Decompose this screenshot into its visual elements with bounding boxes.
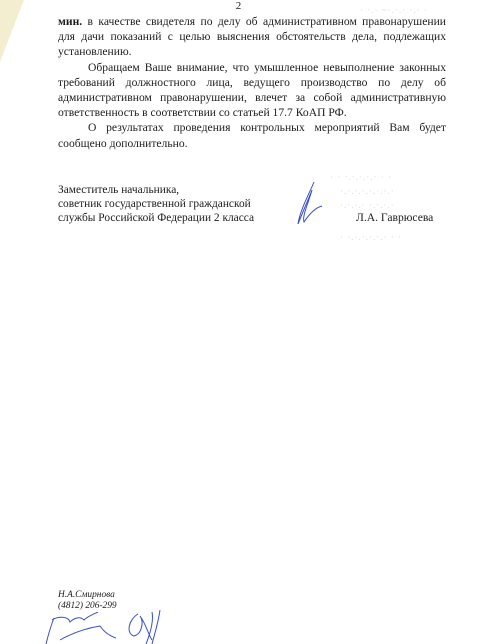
handwritten-signature-icon (292, 180, 332, 228)
approval-initials-icon (124, 610, 168, 644)
bleed-through-text: ·.·.·.· ·.·.·.· (340, 200, 395, 210)
paragraph-3: О результатах проведения контрольных мер… (58, 120, 446, 150)
signatory-position: Заместитель начальника, советник государ… (58, 183, 254, 225)
executor-name: Н.А.Смирнова (58, 590, 117, 601)
executor-info: Н.А.Смирнова (4812) 206-299 (58, 590, 117, 612)
approval-signature-icon (44, 612, 124, 644)
letter-body: мин. в качестве свидетеля по делу об адм… (58, 14, 446, 151)
signer-name: Л.А. Гаврюсева (356, 211, 433, 224)
executor-phone: (4812) 206-299 (58, 601, 117, 612)
paragraph-1: мин. в качестве свидетеля по делу об адм… (58, 14, 446, 60)
bold-lead: мин. (58, 15, 82, 28)
bleed-through-text: · · ·.·.·.·.· · · (330, 172, 392, 182)
bleed-through-text: ·.·.·.·.·.·.·.· (340, 186, 395, 196)
paragraph-2: Обращаем Ваше внимание, что умышленное н… (58, 60, 446, 121)
page-number: 2 (0, 0, 477, 12)
bleed-through-text: · ·.·.·.·.·.· · · (340, 232, 402, 242)
